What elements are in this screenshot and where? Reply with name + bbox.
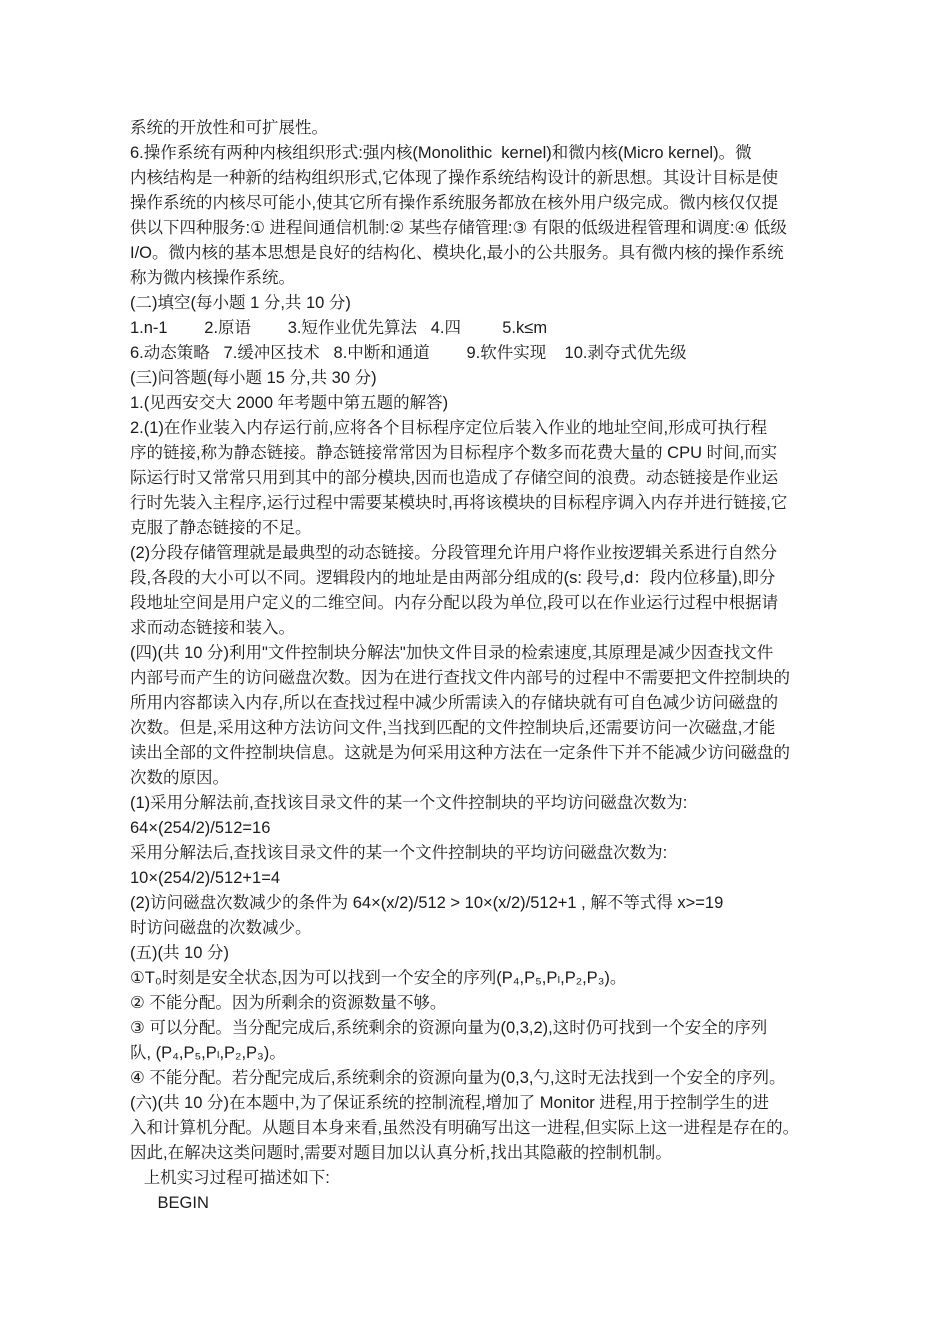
- text-line: (三)问答题(每小题 15 分,共 30 分): [130, 366, 836, 391]
- text-line: 次数。但是,采用这种方法访问文件,当找到匹配的文件控制块后,还需要访问一次磁盘,…: [130, 716, 836, 741]
- text-line: 入和计算机分配。从题目本身来看,虽然没有明确写出这一进程,但实际上这一进程是存在…: [130, 1116, 836, 1141]
- text-line: ③ 可以分配。当分配完成后,系统剩余的资源向量为(0,3,2),这时仍可找到一个…: [130, 1016, 836, 1041]
- text-line: 求而动态链接和装入。: [130, 616, 836, 641]
- text-line: 1.(见西安交大 2000 年考题中第五题的解答): [130, 391, 836, 416]
- text-line: 6.动态策略 7.缓冲区技术 8.中断和通道 9.软件实现 10.剥夺式优先级: [130, 341, 836, 366]
- text-line: I/O。微内核的基本思想是良好的结构化、模块化,最小的公共服务。具有微内核的操作…: [130, 241, 836, 266]
- text-line: 内核结构是一种新的结构组织形式,它体现了操作系统结构设计的新思想。其设计目标是使: [130, 166, 836, 191]
- text-line: 系统的开放性和可扩展性。: [130, 116, 836, 141]
- text-line: 时访问磁盘的次数减少。: [130, 916, 836, 941]
- text-line: 队, (P₄,P₅,Pₗ,P₂,P₃)。: [130, 1041, 836, 1066]
- text-line: 际运行时又常常只用到其中的部分模块,因而也造成了存储空间的浪费。动态链接是作业运: [130, 466, 836, 491]
- text-line: ①T₀时刻是安全状态,因为可以找到一个安全的序列(P₄,P₅,Pₗ,P₂,P₃)…: [130, 966, 836, 991]
- text-line: 所用内容都读入内存,所以在查找过程中减少所需读入的存储块就有可自色减少访问磁盘的: [130, 691, 836, 716]
- text-line: 段,各段的大小可以不同。逻辑段内的地址是由两部分组成的(s: 段号,d：段内位移…: [130, 566, 836, 591]
- text-line: 10×(254/2)/512+1=4: [130, 866, 836, 891]
- text-line: (四)(共 10 分)利用"文件控制块分解法"加快文件目录的检索速度,其原理是减…: [130, 641, 836, 666]
- text-line: (六)(共 10 分)在本题中,为了保证系统的控制流程,增加了 Monitor …: [130, 1091, 836, 1116]
- text-line: (2)访问磁盘次数减少的条件为 64×(x/2)/512 > 10×(x/2)/…: [130, 891, 836, 916]
- text-line: (五)(共 10 分): [130, 941, 836, 966]
- text-line: 因此,在解决这类问题时,需要对题目加以认真分析,找出其隐蔽的控制机制。: [130, 1141, 836, 1166]
- document-page: 系统的开放性和可扩展性。6.操作系统有两种内核组织形式:强内核(Monolith…: [0, 0, 950, 1344]
- text-line: 称为微内核操作系统。: [130, 266, 836, 291]
- text-line: 内部号而产生的访问磁盘次数。因为在进行查找文件内部号的过程中不需要把文件控制块的: [130, 666, 836, 691]
- text-line: 1.n-1 2.原语 3.短作业优先算法 4.四 5.k≤m: [130, 316, 836, 341]
- text-line: BEGIN: [130, 1191, 836, 1216]
- text-line: 64×(254/2)/512=16: [130, 816, 836, 841]
- text-line: 序的链接,称为静态链接。静态链接常常因为目标程序个数多而花费大量的 CPU 时间…: [130, 441, 836, 466]
- text-line: 供以下四种服务:① 进程间通信机制:② 某些存储管理:③ 有限的低级进程管理和调…: [130, 216, 836, 241]
- text-line: 段地址空间是用户定义的二维空间。内存分配以段为单位,段可以在作业运行过程中根据请: [130, 591, 836, 616]
- text-line: 次数的原因。: [130, 766, 836, 791]
- text-line: 6.操作系统有两种内核组织形式:强内核(Monolithic kernel)和微…: [130, 141, 836, 166]
- text-line: 采用分解法后,查找该目录文件的某一个文件控制块的平均访问磁盘次数为:: [130, 841, 836, 866]
- text-line: 2.(1)在作业装入内存运行前,应将各个目标程序定位后装入作业的地址空间,形成可…: [130, 416, 836, 441]
- document-text-block: 系统的开放性和可扩展性。6.操作系统有两种内核组织形式:强内核(Monolith…: [130, 116, 836, 1216]
- text-line: 行时先装入主程序,运行过程中需要某模块时,再将该模块的目标程序调入内存并进行链接…: [130, 491, 836, 516]
- text-line: (2)分段存储管理就是最典型的动态链接。分段管理允许用户将作业按逻辑关系进行自然…: [130, 541, 836, 566]
- text-line: 上机实习过程可描述如下:: [130, 1166, 836, 1191]
- text-line: 操作系统的内核尽可能小,使其它所有操作系统服务都放在核外用户级完成。微内核仅仅提: [130, 191, 836, 216]
- text-line: ② 不能分配。因为所剩余的资源数量不够。: [130, 991, 836, 1016]
- text-line: 读出全部的文件控制块信息。这就是为何采用这种方法在一定条件下并不能减少访问磁盘的: [130, 741, 836, 766]
- text-line: 克服了静态链接的不足。: [130, 516, 836, 541]
- text-line: (1)采用分解法前,查找该目录文件的某一个文件控制块的平均访问磁盘次数为:: [130, 791, 836, 816]
- text-line: (二)填空(每小题 1 分,共 10 分): [130, 291, 836, 316]
- text-line: ④ 不能分配。若分配完成后,系统剩余的资源向量为(0,3,勺,这时无法找到一个安…: [130, 1066, 836, 1091]
